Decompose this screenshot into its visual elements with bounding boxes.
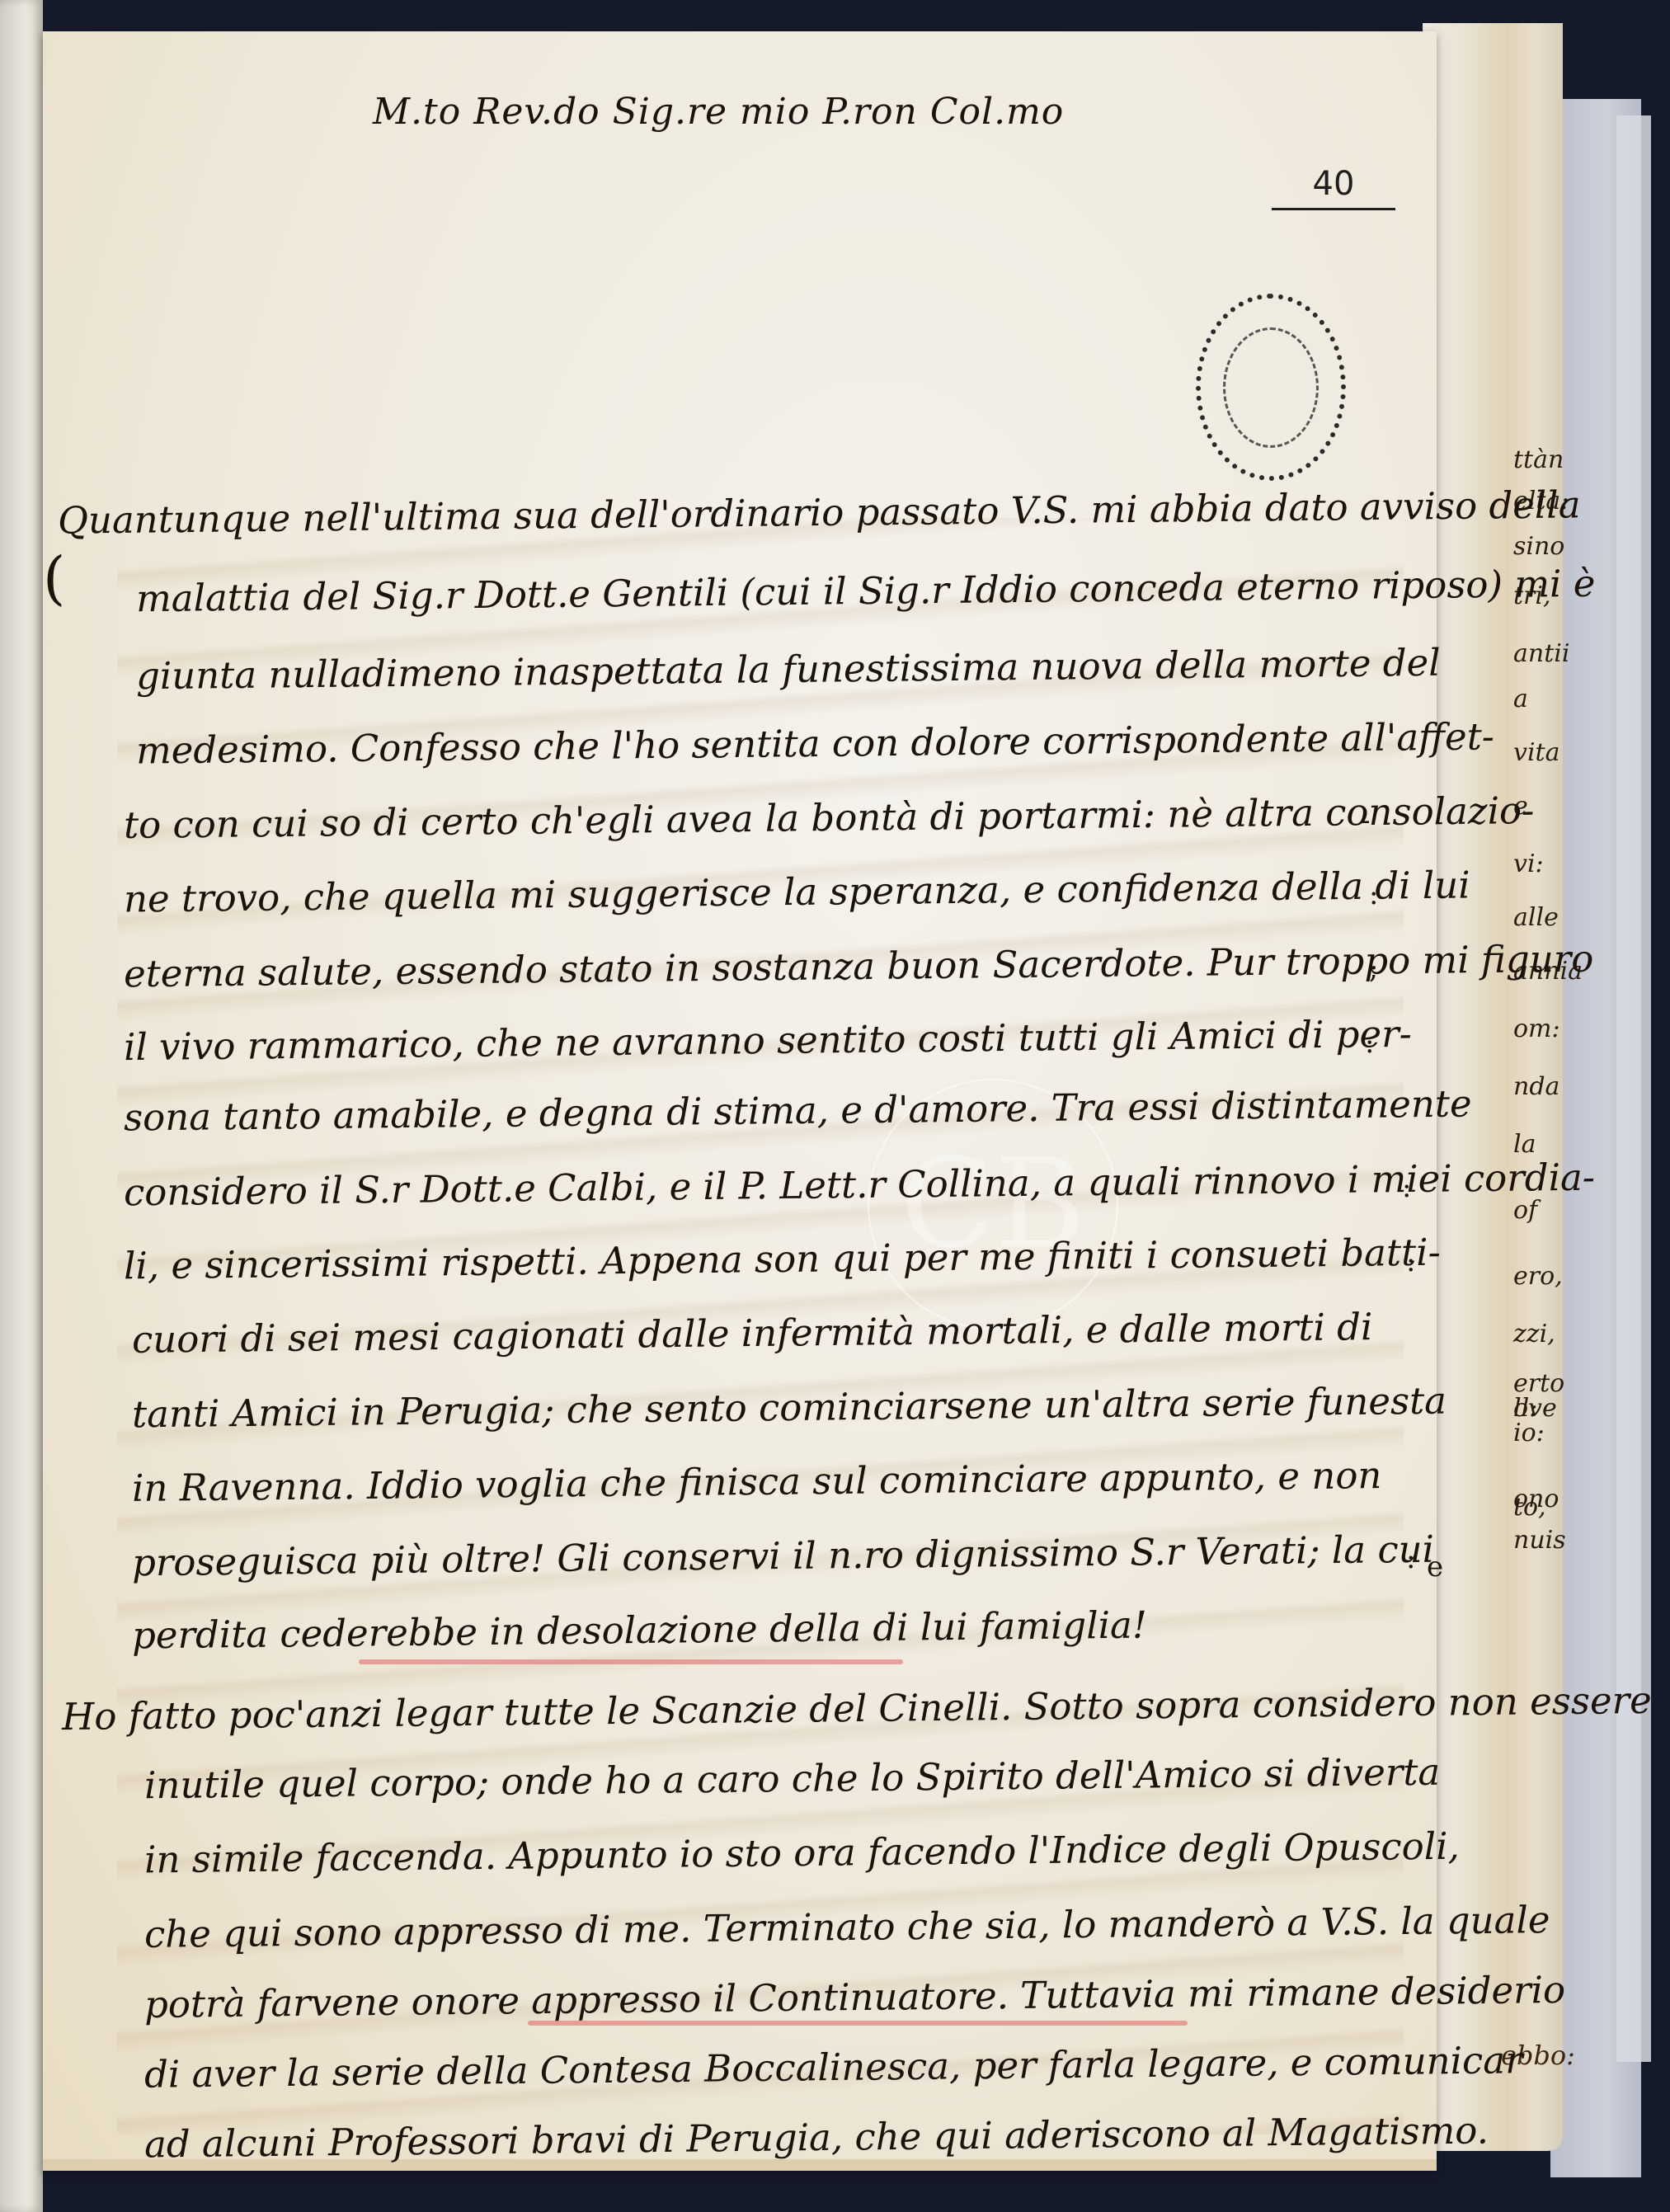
- edge-text-fragment: nda: [1513, 1072, 1559, 1101]
- edge-text-fragment: nuis: [1513, 1526, 1566, 1555]
- red-pencil-underline: [359, 1659, 903, 1664]
- glassine-interleaf-outer: [1616, 115, 1651, 2062]
- edge-text-fragment: vita: [1513, 738, 1559, 767]
- margin-hyphen-mark: :: [1402, 1171, 1411, 1204]
- edge-text-fragment: vi:: [1513, 850, 1544, 878]
- edge-text-fragment: to,: [1513, 1493, 1546, 1522]
- edge-text-fragment: ttàn: [1513, 445, 1564, 474]
- edge-text-fragment: la: [1513, 1130, 1536, 1159]
- salutation: M.to Rev.do Sig.re mio P.ron Col.mo: [373, 91, 1064, 133]
- edge-text-fragment: sino: [1513, 532, 1564, 561]
- edge-text-fragment: zzi,: [1513, 1320, 1555, 1348]
- edge-text-fragment: alle: [1513, 903, 1559, 932]
- facing-page-edge: [0, 0, 43, 2212]
- edge-text-fragment: a: [1513, 685, 1528, 713]
- margin-hyphen-mark: -: [1361, 804, 1371, 837]
- edge-text-fragment: antii: [1513, 639, 1569, 668]
- library-stamp-icon: [1196, 294, 1346, 481]
- edge-text-fragment: om:: [1513, 1014, 1560, 1043]
- stamp-emblem: [1223, 327, 1319, 448]
- edge-text-fragment: of: [1513, 1196, 1537, 1225]
- margin-hyphen-mark: :: [1365, 1027, 1374, 1060]
- margin-hyphen-mark: :: [1406, 1245, 1415, 1278]
- margin-hyphen-mark: :: [1369, 878, 1378, 911]
- folio-number: 40: [1272, 165, 1395, 210]
- margin-hyphen-mark: e: [1427, 1551, 1443, 1584]
- margin-bracket: (: [43, 544, 65, 612]
- edge-text-fragment: io:: [1513, 1419, 1545, 1447]
- margin-hyphen-mark: :: [1406, 1542, 1415, 1575]
- margin-hyphen-mark: ;: [1369, 953, 1378, 986]
- edge-text-fragment: ero,: [1513, 1262, 1563, 1291]
